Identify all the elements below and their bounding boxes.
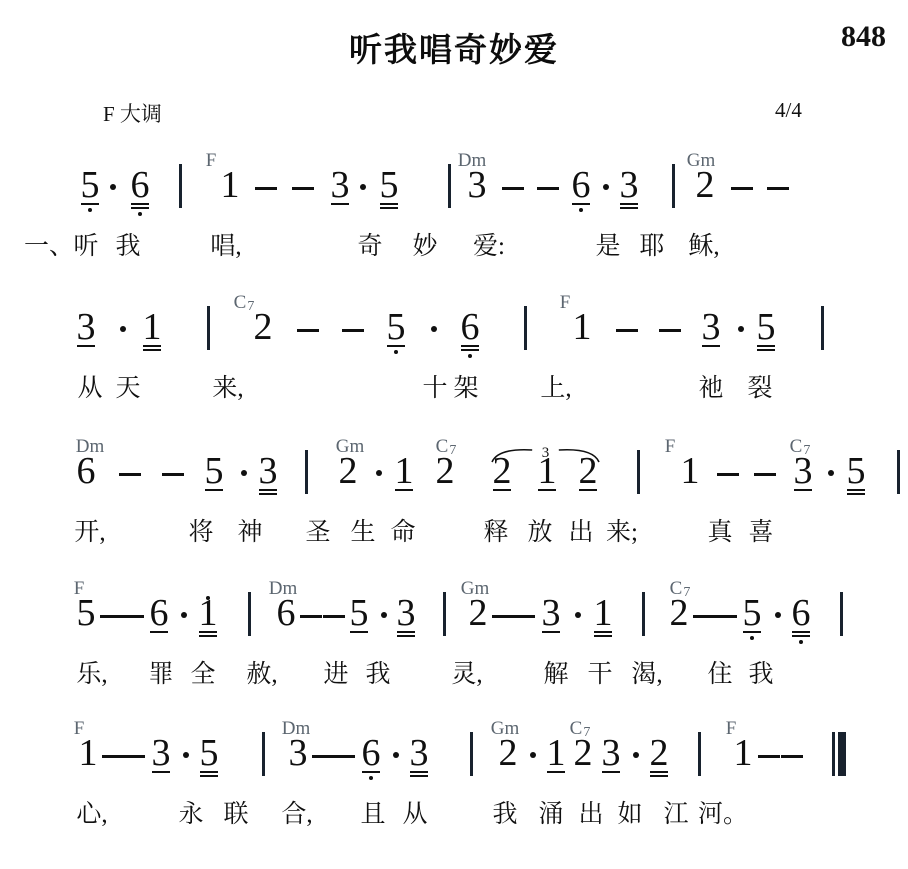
lyric-syllable: 出 bbox=[568, 518, 593, 548]
note-digit: 5 bbox=[757, 306, 776, 348]
note: 1 bbox=[588, 594, 618, 646]
barline bbox=[897, 450, 900, 494]
note-digit: 5 bbox=[847, 450, 866, 492]
rhythm-underline bbox=[620, 203, 638, 205]
lyric-syllable: 来; bbox=[606, 518, 638, 548]
note: 2 bbox=[430, 452, 460, 504]
note: 5 bbox=[737, 594, 767, 646]
duration-dash bbox=[513, 615, 535, 618]
lyric-syllable: 出 bbox=[578, 800, 603, 830]
note: 6 bbox=[566, 166, 596, 218]
duration-dash bbox=[333, 755, 355, 758]
lyric-syllable: 稣, bbox=[688, 232, 719, 262]
barline bbox=[470, 732, 473, 776]
note: 1 bbox=[567, 308, 597, 360]
rhythm-underline bbox=[200, 771, 218, 773]
note: 2 bbox=[487, 452, 517, 504]
augmentation-dot bbox=[360, 184, 366, 190]
lyric-syllable: 干 bbox=[587, 660, 612, 690]
barline bbox=[305, 450, 308, 494]
octave-dot-below bbox=[468, 354, 472, 358]
rhythm-underline bbox=[547, 771, 565, 773]
rhythm-underline bbox=[395, 489, 413, 491]
note: 5 bbox=[71, 594, 101, 646]
rhythm-underline bbox=[594, 635, 612, 637]
note-digit: 6 bbox=[131, 164, 150, 206]
duration-dash bbox=[492, 615, 514, 618]
note: 3 bbox=[696, 308, 726, 360]
lyric-syllable: 渴, bbox=[631, 660, 662, 690]
duration-dash bbox=[162, 473, 184, 476]
note: 6 bbox=[125, 166, 155, 218]
rhythm-underline bbox=[847, 489, 865, 491]
octave-dot-above bbox=[206, 596, 210, 600]
note: 2 bbox=[690, 166, 720, 218]
note-digit: 5 bbox=[81, 164, 100, 206]
note: 3 bbox=[462, 166, 492, 218]
augmentation-dot bbox=[381, 612, 387, 618]
lyric-syllable: 心, bbox=[76, 800, 107, 830]
note-digit: 6 bbox=[150, 592, 169, 634]
note-digit: 1 bbox=[573, 306, 592, 348]
note: 1 bbox=[675, 452, 705, 504]
note-digit: 1 bbox=[547, 732, 566, 774]
system-1: FDmGm561353632一、听我唱,奇妙爱:是耶稣, bbox=[0, 150, 908, 280]
rhythm-underline bbox=[792, 635, 810, 637]
rhythm-underline bbox=[131, 207, 149, 209]
note: 3 bbox=[788, 452, 818, 504]
lyric-syllable: 罪 bbox=[148, 660, 173, 690]
note: 3 bbox=[614, 166, 644, 218]
note: 1 bbox=[73, 734, 103, 786]
lyric-syllable: 天 bbox=[115, 374, 140, 404]
lyric-syllable: 真 bbox=[707, 518, 732, 548]
augmentation-dot bbox=[431, 326, 437, 332]
note-digit: 3 bbox=[602, 732, 621, 774]
system-2: C7F31256135从天来,十架上,祂裂 bbox=[0, 292, 908, 422]
rhythm-underline bbox=[387, 345, 405, 347]
note: 1 bbox=[193, 594, 223, 646]
rhythm-underline bbox=[410, 775, 428, 777]
rhythm-underline bbox=[81, 203, 99, 205]
note: 2 bbox=[644, 734, 674, 786]
augmentation-dot bbox=[110, 184, 116, 190]
duration-dash bbox=[537, 187, 559, 190]
duration-dash bbox=[122, 615, 144, 618]
note-digit: 6 bbox=[461, 306, 480, 348]
final-barline bbox=[832, 732, 846, 776]
score: FDmGm561353632一、听我唱,奇妙爱:是耶稣,C7F31256135从… bbox=[0, 0, 908, 869]
lyric-syllable: 灵, bbox=[451, 660, 482, 690]
lyric-syllable: 是 bbox=[595, 232, 620, 262]
augmentation-dot bbox=[738, 326, 744, 332]
note: 6 bbox=[786, 594, 816, 646]
barline bbox=[821, 306, 824, 350]
rhythm-underline bbox=[847, 493, 865, 495]
rhythm-underline bbox=[579, 489, 597, 491]
note-digit: 3 bbox=[259, 450, 278, 492]
lyric-syllable: 河。 bbox=[698, 800, 748, 830]
note: 6 bbox=[271, 594, 301, 646]
note-digit: 5 bbox=[743, 592, 762, 634]
note-digit: 2 bbox=[579, 450, 598, 492]
rhythm-underline bbox=[380, 203, 398, 205]
note-digit: 3 bbox=[468, 164, 487, 206]
note-digit: 6 bbox=[792, 592, 811, 634]
final-barline-thin bbox=[832, 732, 835, 776]
sheet-page: 848 听我唱奇妙爱 F 大调 4/4 FDmGm561353632一、听我唱,… bbox=[0, 0, 908, 869]
duration-dash bbox=[123, 755, 145, 758]
barline bbox=[637, 450, 640, 494]
lyric-syllable: 十 bbox=[422, 374, 447, 404]
final-barline-thick bbox=[838, 732, 846, 776]
rhythm-underline bbox=[143, 345, 161, 347]
duration-dash bbox=[292, 187, 314, 190]
lyric-syllable: 住 bbox=[707, 660, 732, 690]
note-digit: 6 bbox=[362, 732, 381, 774]
lyric-syllable: 我 bbox=[115, 232, 140, 262]
rhythm-underline bbox=[461, 345, 479, 347]
note-digit: 2 bbox=[696, 164, 715, 206]
note: 6 bbox=[71, 452, 101, 504]
augmentation-dot bbox=[183, 752, 189, 758]
note-digit: 5 bbox=[205, 450, 224, 492]
note: 1 bbox=[215, 166, 245, 218]
note: 5 bbox=[344, 594, 374, 646]
rhythm-underline bbox=[259, 493, 277, 495]
note-digit: 3 bbox=[794, 450, 813, 492]
note: 3 bbox=[404, 734, 434, 786]
lyric-syllable: 祂 bbox=[698, 374, 723, 404]
augmentation-dot bbox=[530, 752, 536, 758]
note-digit: 3 bbox=[289, 732, 308, 774]
note: 6 bbox=[356, 734, 386, 786]
augmentation-dot bbox=[603, 184, 609, 190]
note-digit: 3 bbox=[702, 306, 721, 348]
rhythm-underline bbox=[199, 635, 217, 637]
note: 2 bbox=[463, 594, 493, 646]
barline bbox=[248, 592, 251, 636]
barline bbox=[207, 306, 210, 350]
barline bbox=[524, 306, 527, 350]
lyric-syllable: 乐, bbox=[76, 660, 107, 690]
duration-dash bbox=[659, 329, 681, 332]
note: 3 bbox=[325, 166, 355, 218]
rhythm-underline bbox=[650, 775, 668, 777]
lyric-syllable: 合, bbox=[281, 800, 312, 830]
note: 2 bbox=[493, 734, 523, 786]
lyric-syllable: 我 bbox=[748, 660, 773, 690]
rhythm-underline bbox=[650, 771, 668, 773]
duration-dash bbox=[731, 187, 753, 190]
duration-dash bbox=[119, 473, 141, 476]
octave-dot-below bbox=[369, 776, 373, 780]
rhythm-underline bbox=[602, 771, 620, 773]
rhythm-underline bbox=[410, 771, 428, 773]
note-digit: 1 bbox=[538, 450, 557, 492]
note: 5 bbox=[841, 452, 871, 504]
note-digit: 2 bbox=[339, 450, 358, 492]
lyric-syllable: 裂 bbox=[747, 374, 772, 404]
lyric-syllable: 且 bbox=[360, 800, 385, 830]
note: 5 bbox=[751, 308, 781, 360]
note-digit: 2 bbox=[254, 306, 273, 348]
note: 5 bbox=[199, 452, 229, 504]
note: 5 bbox=[374, 166, 404, 218]
lyric-syllable: 奇 bbox=[357, 232, 382, 262]
note: 1 bbox=[728, 734, 758, 786]
note-digit: 2 bbox=[469, 592, 488, 634]
note: 3 bbox=[391, 594, 421, 646]
augmentation-dot bbox=[120, 326, 126, 332]
note-digit: 3 bbox=[542, 592, 561, 634]
rhythm-underline bbox=[200, 775, 218, 777]
note: 3 bbox=[536, 594, 566, 646]
duration-dash bbox=[693, 615, 715, 618]
note-digit: 2 bbox=[670, 592, 689, 634]
lyric-syllable: 妙 bbox=[412, 232, 437, 262]
rhythm-underline bbox=[757, 345, 775, 347]
lyric-syllable: 爱: bbox=[473, 232, 505, 262]
rhythm-underline bbox=[205, 489, 223, 491]
note-digit: 1 bbox=[594, 592, 613, 634]
augmentation-dot bbox=[241, 470, 247, 476]
lyric-syllable: 永 bbox=[178, 800, 203, 830]
augmentation-dot bbox=[376, 470, 382, 476]
rhythm-underline bbox=[331, 203, 349, 205]
augmentation-dot bbox=[575, 612, 581, 618]
augmentation-dot bbox=[775, 612, 781, 618]
note: 2 bbox=[573, 452, 603, 504]
note-digit: 3 bbox=[152, 732, 171, 774]
rhythm-underline bbox=[493, 489, 511, 491]
duration-dash bbox=[502, 187, 524, 190]
lyric-syllable: 上, bbox=[540, 374, 571, 404]
lyric-syllable: 进 bbox=[323, 660, 348, 690]
note-digit: 1 bbox=[79, 732, 98, 774]
note: 3 bbox=[596, 734, 626, 786]
note-digit: 3 bbox=[77, 306, 96, 348]
rhythm-underline bbox=[77, 345, 95, 347]
rhythm-underline bbox=[538, 489, 556, 491]
note: 1 bbox=[389, 452, 419, 504]
note: 2 bbox=[664, 594, 694, 646]
note: 1 bbox=[137, 308, 167, 360]
duration-dash bbox=[717, 473, 739, 476]
rhythm-underline bbox=[259, 489, 277, 491]
lyric-syllable: 解 bbox=[543, 660, 568, 690]
note-digit: 2 bbox=[650, 732, 669, 774]
duration-dash bbox=[715, 615, 737, 618]
duration-dash bbox=[342, 329, 364, 332]
note-digit: 1 bbox=[143, 306, 162, 348]
system-3: DmGmC7FC73653212212135开,将神圣生命释放出来;真喜 bbox=[0, 436, 908, 566]
barline bbox=[179, 164, 182, 208]
rhythm-underline bbox=[594, 631, 612, 633]
octave-dot-below bbox=[579, 208, 583, 212]
lyric-syllable: 神 bbox=[237, 518, 262, 548]
octave-dot-below bbox=[799, 640, 803, 644]
note-digit: 2 bbox=[499, 732, 518, 774]
augmentation-dot bbox=[393, 752, 399, 758]
note-digit: 2 bbox=[574, 732, 593, 774]
lyric-syllable: 如 bbox=[617, 800, 642, 830]
duration-dash bbox=[300, 615, 322, 618]
note: 2 bbox=[248, 308, 278, 360]
note: 2 bbox=[568, 734, 598, 786]
chord-label: F bbox=[665, 436, 676, 458]
note-digit: 2 bbox=[436, 450, 455, 492]
rhythm-underline bbox=[397, 631, 415, 633]
note-digit: 3 bbox=[620, 164, 639, 206]
rhythm-underline bbox=[397, 635, 415, 637]
duration-dash bbox=[297, 329, 319, 332]
lyric-syllable: 释 bbox=[483, 518, 508, 548]
octave-dot-below bbox=[394, 350, 398, 354]
note: 6 bbox=[144, 594, 174, 646]
note-digit: 5 bbox=[380, 164, 399, 206]
barline bbox=[840, 592, 843, 636]
note-digit: 1 bbox=[734, 732, 753, 774]
duration-dash bbox=[758, 755, 780, 758]
lyric-syllable: 赦, bbox=[246, 660, 277, 690]
barline bbox=[642, 592, 645, 636]
lyric-syllable: 听 bbox=[73, 232, 98, 262]
barline bbox=[698, 732, 701, 776]
lyric-syllable: 从 bbox=[402, 800, 427, 830]
rhythm-underline bbox=[362, 771, 380, 773]
rhythm-underline bbox=[794, 489, 812, 491]
lyric-syllable: 我 bbox=[365, 660, 390, 690]
lyric-syllable: 唱, bbox=[210, 232, 241, 262]
lyric-syllable: 生 bbox=[350, 518, 375, 548]
lyric-syllable: 耶 bbox=[639, 232, 664, 262]
lyric-syllable: 江 bbox=[663, 800, 688, 830]
note-digit: 5 bbox=[77, 592, 96, 634]
note: 3 bbox=[253, 452, 283, 504]
augmentation-dot bbox=[181, 612, 187, 618]
rhythm-underline bbox=[350, 631, 368, 633]
barline bbox=[448, 164, 451, 208]
lyric-syllable: 来, bbox=[212, 374, 243, 404]
augmentation-dot bbox=[828, 470, 834, 476]
barline bbox=[672, 164, 675, 208]
lyric-syllable: 我 bbox=[492, 800, 517, 830]
note-digit: 5 bbox=[200, 732, 219, 774]
rhythm-underline bbox=[150, 631, 168, 633]
rhythm-underline bbox=[572, 203, 590, 205]
note: 2 bbox=[333, 452, 363, 504]
duration-dash bbox=[781, 755, 803, 758]
note-digit: 5 bbox=[350, 592, 369, 634]
lyric-syllable: 圣 bbox=[305, 518, 330, 548]
lyric-syllable: 放 bbox=[527, 518, 552, 548]
note-digit: 5 bbox=[387, 306, 406, 348]
duration-dash bbox=[102, 755, 124, 758]
duration-dash bbox=[100, 615, 122, 618]
rhythm-underline bbox=[743, 631, 761, 633]
system-4: FDmGmC7561653231256乐,罪全赦,进我灵,解干渴,住我 bbox=[0, 578, 908, 708]
note-digit: 2 bbox=[493, 450, 512, 492]
note-digit: 6 bbox=[572, 164, 591, 206]
duration-dash bbox=[767, 187, 789, 190]
note-digit: 6 bbox=[77, 450, 96, 492]
note: 5 bbox=[75, 166, 105, 218]
note: 1 bbox=[532, 452, 562, 504]
lyric-syllable: 命 bbox=[390, 518, 415, 548]
duration-dash bbox=[754, 473, 776, 476]
note-digit: 3 bbox=[410, 732, 429, 774]
note-digit: 6 bbox=[277, 592, 296, 634]
duration-dash bbox=[323, 615, 345, 618]
rhythm-underline bbox=[620, 207, 638, 209]
note: 6 bbox=[455, 308, 485, 360]
lyric-syllable: 全 bbox=[190, 660, 215, 690]
note-digit: 1 bbox=[221, 164, 240, 206]
octave-dot-below bbox=[88, 208, 92, 212]
rhythm-underline bbox=[702, 345, 720, 347]
rhythm-underline bbox=[461, 349, 479, 351]
rhythm-underline bbox=[792, 631, 810, 633]
duration-dash bbox=[616, 329, 638, 332]
duration-dash bbox=[312, 755, 334, 758]
note: 1 bbox=[541, 734, 571, 786]
lyric-syllable: 涌 bbox=[538, 800, 563, 830]
rhythm-underline bbox=[199, 631, 217, 633]
duration-dash bbox=[255, 187, 277, 190]
rhythm-underline bbox=[380, 207, 398, 209]
lyric-syllable: 一、 bbox=[24, 232, 74, 262]
barline bbox=[443, 592, 446, 636]
lyric-syllable: 将 bbox=[188, 518, 213, 548]
note-digit: 3 bbox=[397, 592, 416, 634]
note-digit: 3 bbox=[331, 164, 350, 206]
note: 3 bbox=[146, 734, 176, 786]
rhythm-underline bbox=[143, 349, 161, 351]
lyric-syllable: 架 bbox=[453, 374, 478, 404]
augmentation-dot bbox=[633, 752, 639, 758]
system-5: FDmGmC7F135363212321心,永联合,且从我涌出如江河。 bbox=[0, 718, 908, 848]
lyric-syllable: 联 bbox=[223, 800, 248, 830]
barline bbox=[262, 732, 265, 776]
note: 5 bbox=[381, 308, 411, 360]
lyric-syllable: 从 bbox=[77, 374, 102, 404]
octave-dot-below bbox=[750, 636, 754, 640]
rhythm-underline bbox=[757, 349, 775, 351]
lyric-syllable: 喜 bbox=[748, 518, 773, 548]
lyric-syllable: 开, bbox=[74, 518, 105, 548]
rhythm-underline bbox=[131, 203, 149, 205]
note-digit: 1 bbox=[681, 450, 700, 492]
note: 5 bbox=[194, 734, 224, 786]
rhythm-underline bbox=[542, 631, 560, 633]
rhythm-underline bbox=[152, 771, 170, 773]
note: 3 bbox=[283, 734, 313, 786]
note: 3 bbox=[71, 308, 101, 360]
octave-dot-below bbox=[138, 212, 142, 216]
note-digit: 1 bbox=[395, 450, 414, 492]
